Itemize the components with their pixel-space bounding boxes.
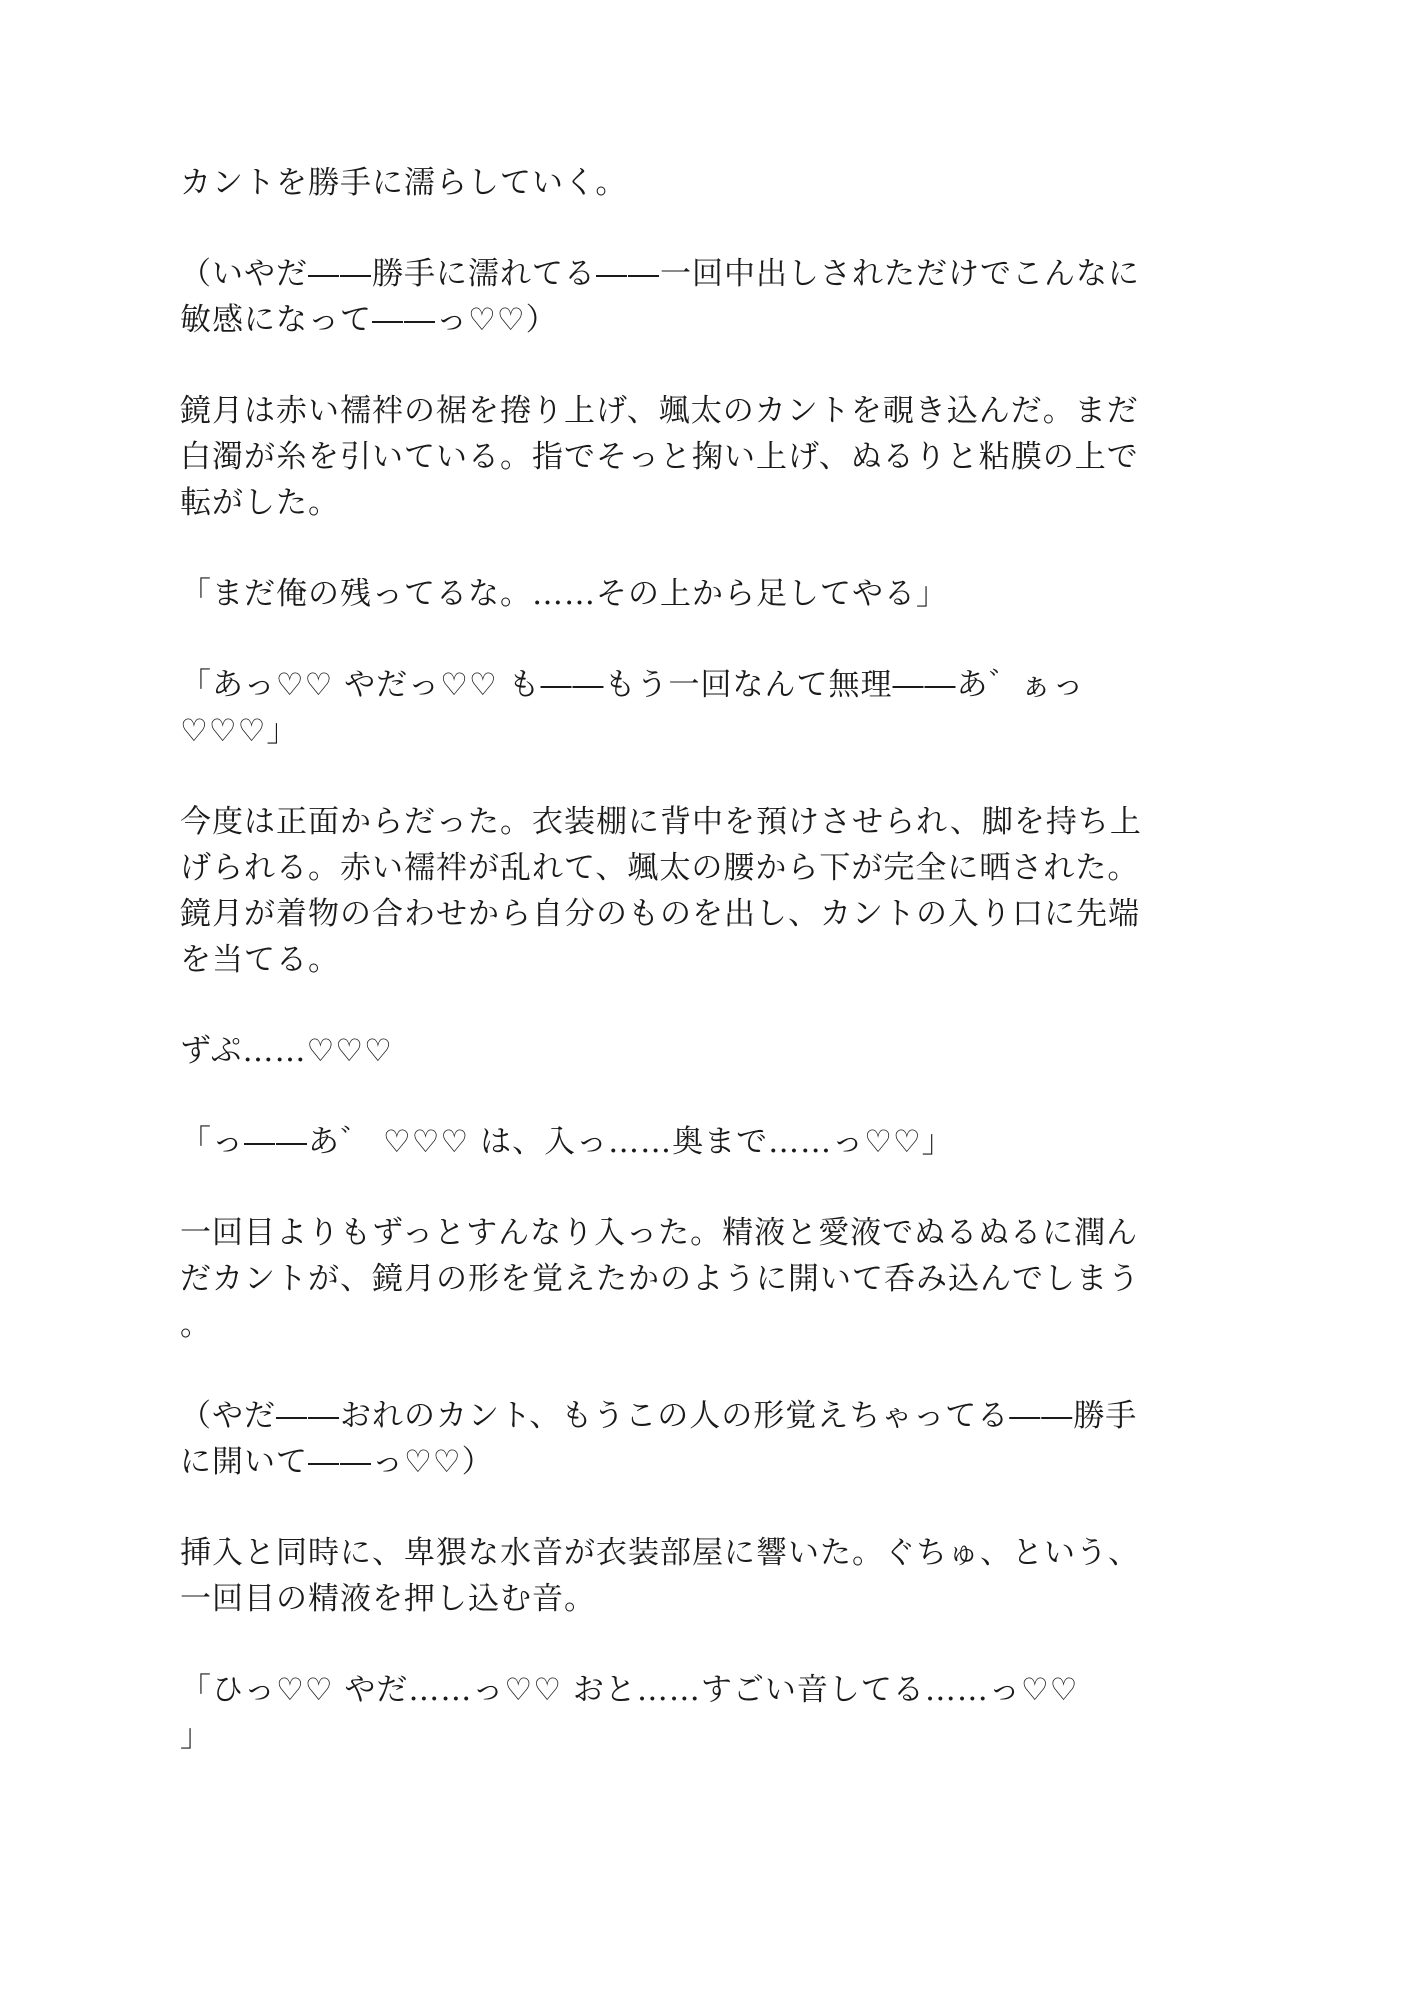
paragraph: 一回目よりもずっとすんなり入った。精液と愛液でぬるぬるに潤ん だカントが、鏡月の… [180,1210,1165,1348]
paragraph: カントを勝手に濡らしていく。 [180,160,1165,206]
story-text-block: カントを勝手に濡らしていく。（いやだ――勝手に濡れてる――一回中出しされただけで… [180,160,1165,1759]
paragraph: ずぷ……♡♡♡ [180,1028,1165,1074]
paragraph: 「あっ♡♡ やだっ♡♡ も――もう一回なんて無理――あ゛ぁっ ♡♡♡」 [180,662,1165,754]
paragraph: 鏡月は赤い襦袢の裾を捲り上げ、颯太のカントを覗き込んだ。まだ 白濁が糸を引いてい… [180,388,1165,526]
paragraph: （いやだ――勝手に濡れてる――一回中出しされただけでこんなに 敏感になって――っ… [180,251,1165,343]
paragraph: 今度は正面からだった。衣装棚に背中を預けさせられ、脚を持ち上 げられる。赤い襦袢… [180,799,1165,983]
paragraph: 「ひっ♡♡ やだ……っ♡♡ おと……すごい音してる……っ♡♡ 」 [180,1667,1165,1759]
document-page: カントを勝手に濡らしていく。（いやだ――勝手に濡れてる――一回中出しされただけで… [0,0,1415,2000]
paragraph: （やだ――おれのカント、もうこの人の形覚えちゃってる――勝手 に開いて――っ♡♡… [180,1393,1165,1485]
paragraph: 挿入と同時に、卑猥な水音が衣装部屋に響いた。ぐちゅ、という、 一回目の精液を押し… [180,1530,1165,1622]
paragraph: 「っ――あ゛ ♡♡♡ は、入っ……奥まで……っ♡♡」 [180,1119,1165,1165]
paragraph: 「まだ俺の残ってるな。……その上から足してやる」 [180,571,1165,617]
